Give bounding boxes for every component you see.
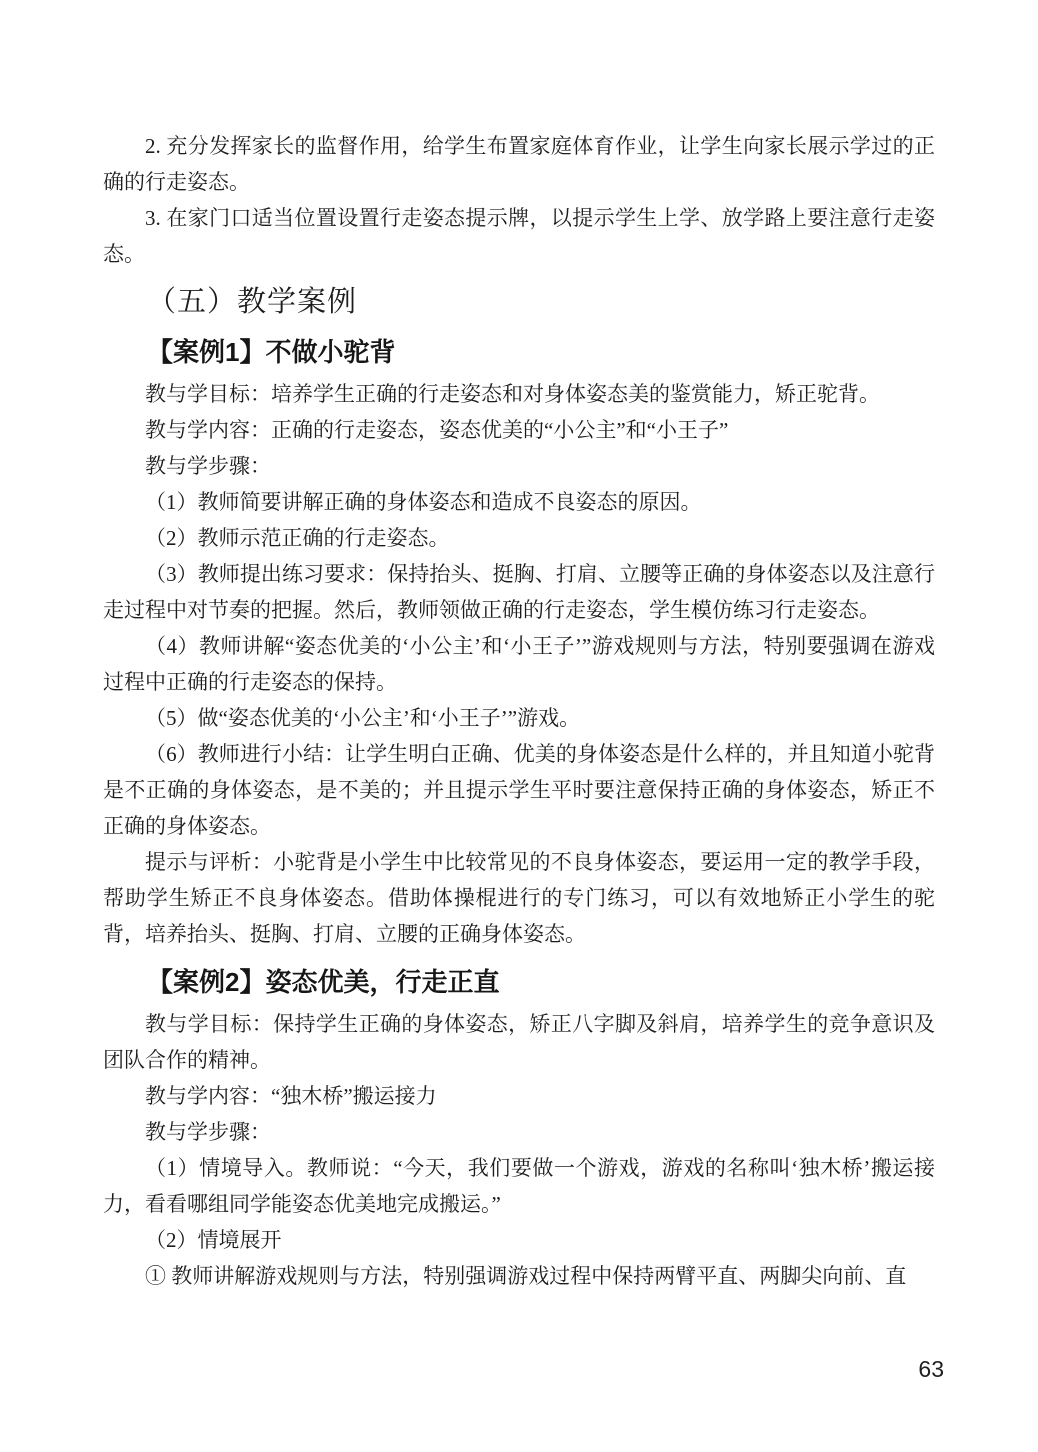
case2-step-paragraph: （1）情境导入。教师说：“今天，我们要做一个游戏，游戏的名称叫‘独木桥’搬运接力… — [103, 1150, 935, 1222]
case1-goal-paragraph: 教与学目标：培养学生正确的行走姿态和对身体姿态美的鉴赏能力，矫正驼背。 — [103, 376, 935, 412]
intro-paragraph: 2. 充分发挥家长的监督作用，给学生布置家庭体育作业，让学生向家长展示学过的正确… — [103, 128, 935, 200]
case2-goal-paragraph: 教与学目标：保持学生正确的身体姿态，矫正八字脚及斜肩，培养学生的竞争意识及团队合… — [103, 1006, 935, 1078]
case1-heading: 【案例1】不做小驼背 — [103, 334, 935, 370]
page-content: 2. 充分发挥家长的监督作用，给学生布置家庭体育作业，让学生向家长展示学过的正确… — [103, 128, 935, 1294]
page-number: 63 — [918, 1355, 944, 1383]
case1-steps-label: 教与学步骤： — [103, 448, 935, 484]
case1-step-paragraph: （3）教师提出练习要求：保持抬头、挺胸、打肩、立腰等正确的身体姿态以及注意行走过… — [103, 556, 935, 628]
document-page: 2. 充分发挥家长的监督作用，给学生布置家庭体育作业，让学生向家长展示学过的正确… — [0, 0, 1038, 1452]
case1-step-paragraph: （4）教师讲解“姿态优美的‘小公主’和‘小王子’”游戏规则与方法，特别要强调在游… — [103, 628, 935, 700]
case2-step-paragraph: ① 教师讲解游戏规则与方法，特别强调游戏过程中保持两臂平直、两脚尖向前、直 — [103, 1258, 935, 1294]
case1-step-paragraph: （2）教师示范正确的行走姿态。 — [103, 520, 935, 556]
case2-step-paragraph: （2）情境展开 — [103, 1222, 935, 1258]
case2-steps-label: 教与学步骤： — [103, 1114, 935, 1150]
case1-step-paragraph: （1）教师简要讲解正确的身体姿态和造成不良姿态的原因。 — [103, 484, 935, 520]
case2-content-paragraph: 教与学内容：“独木桥”搬运接力 — [103, 1078, 935, 1114]
intro-paragraph: 3. 在家门口适当位置设置行走姿态提示牌，以提示学生上学、放学路上要注意行走姿态… — [103, 200, 935, 272]
section-heading: （五）教学案例 — [103, 282, 935, 322]
case1-review-paragraph: 提示与评析：小驼背是小学生中比较常见的不良身体姿态，要运用一定的教学手段，帮助学… — [103, 844, 935, 952]
case1-step-paragraph: （5）做“姿态优美的‘小公主’和‘小王子’”游戏。 — [103, 700, 935, 736]
case1-content-paragraph: 教与学内容：正确的行走姿态，姿态优美的“小公主”和“小王子” — [103, 412, 935, 448]
case1-step-paragraph: （6）教师进行小结：让学生明白正确、优美的身体姿态是什么样的，并且知道小驼背是不… — [103, 736, 935, 844]
case2-heading: 【案例2】姿态优美，行走正直 — [103, 964, 935, 1000]
